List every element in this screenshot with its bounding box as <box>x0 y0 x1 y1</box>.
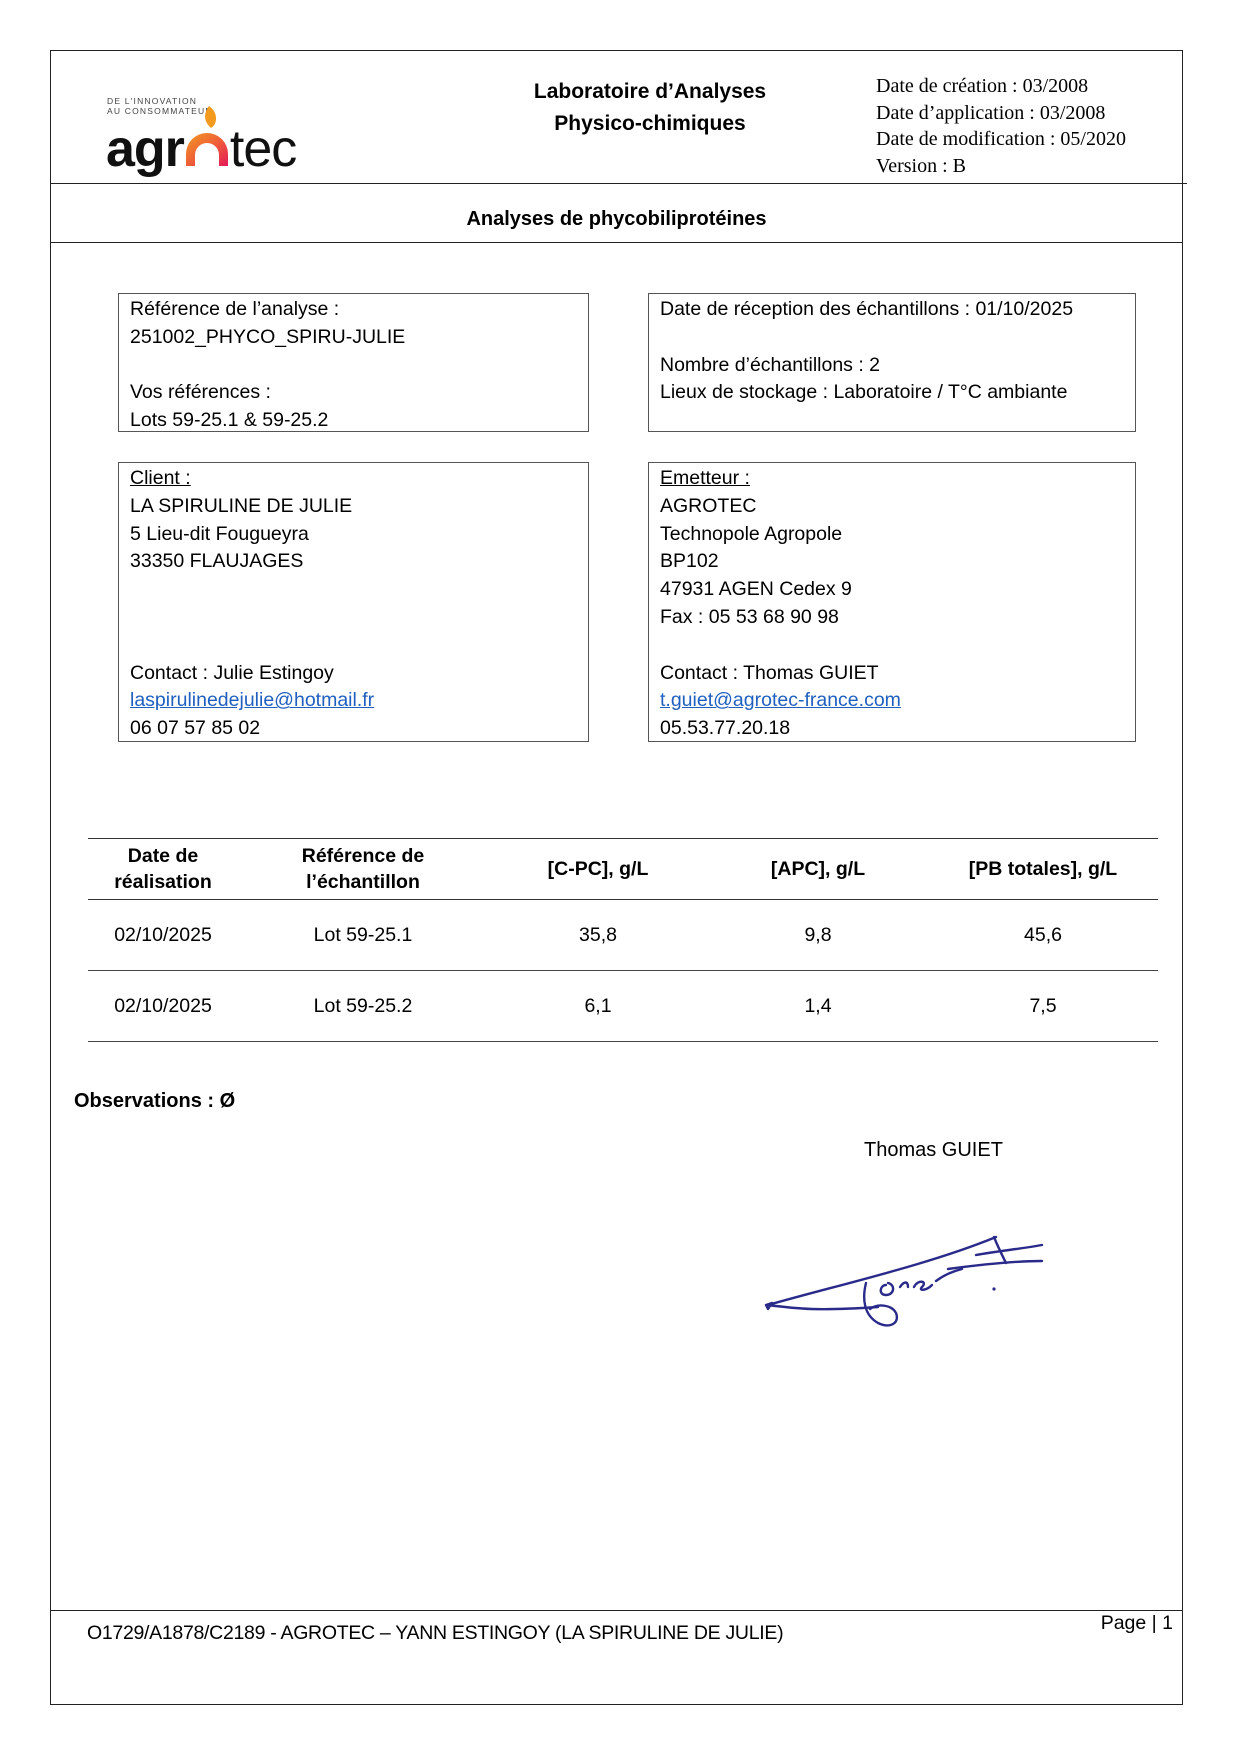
lab-title-line2: Physico-chimiques <box>480 108 820 140</box>
cell-date: 02/10/2025 <box>88 900 238 971</box>
client-address-line1: 5 Lieu-dit Fougueyra <box>130 521 588 549</box>
client-email-link[interactable]: laspirulinedejulie@hotmail.fr <box>130 689 374 711</box>
document-metadata: Date de création : 03/2008 Date d’applic… <box>876 73 1126 179</box>
cell-sample-ref: Lot 59-25.1 <box>238 900 488 971</box>
analysis-reference-label: Référence de l’analyse : <box>130 296 588 324</box>
document-title: Analyses de phycobiliprotéines <box>50 208 1183 231</box>
modification-date: Date de modification : 05/2020 <box>876 126 1126 153</box>
spacer <box>130 352 588 380</box>
header-divider <box>50 183 1187 184</box>
handwritten-signature-icon <box>758 1225 1058 1345</box>
version: Version : B <box>876 153 1126 180</box>
analysis-reference-box: Référence de l’analyse : 251002_PHYCO_SP… <box>118 293 589 432</box>
logo-word-agr: agr <box>106 120 184 178</box>
header-pb-total: [PB totales], g/L <box>928 839 1158 900</box>
issuer-email-link[interactable]: t.guiet@agrotec-france.com <box>660 689 901 711</box>
header-apc: [APC], g/L <box>708 839 928 900</box>
spacer <box>130 576 588 604</box>
header-date-line1: Date de <box>88 843 238 869</box>
client-phone: 06 07 57 85 02 <box>130 715 588 743</box>
issuer-heading: Emetteur : <box>660 465 1135 493</box>
issuer-box: Emetteur : AGROTEC Technopole Agropole B… <box>648 462 1136 742</box>
header-ref-line2: l’échantillon <box>238 869 488 895</box>
your-references-label: Vos références : <box>130 379 588 407</box>
cell-apc: 9,8 <box>708 900 928 971</box>
signatory-name: Thomas GUIET <box>864 1139 1003 1162</box>
header-ref-line1: Référence de <box>238 843 488 869</box>
reception-box: Date de réception des échantillons : 01/… <box>648 293 1136 432</box>
header-date: Date de réalisation <box>88 839 238 900</box>
storage-location: Lieux de stockage : Laboratoire / T°C am… <box>660 379 1135 407</box>
spacer <box>660 324 1135 352</box>
issuer-address-line1: Technopole Agropole <box>660 521 1135 549</box>
footer-divider <box>50 1610 1183 1611</box>
issuer-phone: 05.53.77.20.18 <box>660 715 1135 743</box>
table-row: 02/10/2025 Lot 59-25.2 6,1 1,4 7,5 <box>88 971 1158 1042</box>
client-name: LA SPIRULINE DE JULIE <box>130 493 588 521</box>
observations: Observations : Ø <box>74 1090 235 1113</box>
client-box: Client : LA SPIRULINE DE JULIE 5 Lieu-di… <box>118 462 589 742</box>
spacer <box>130 632 588 660</box>
cell-date: 02/10/2025 <box>88 971 238 1042</box>
logo-wordmark: agr tec <box>106 104 296 177</box>
issuer-fax: Fax : 05 53 68 90 98 <box>660 604 1135 632</box>
application-date: Date d’application : 03/2008 <box>876 100 1126 127</box>
table-header-row: Date de réalisation Référence de l’échan… <box>88 839 1158 900</box>
cell-cpc: 35,8 <box>488 900 708 971</box>
table-row: 02/10/2025 Lot 59-25.1 35,8 9,8 45,6 <box>88 900 1158 971</box>
title-divider <box>50 242 1183 243</box>
logo-word-tec: tec <box>230 120 296 178</box>
cell-cpc: 6,1 <box>488 971 708 1042</box>
issuer-name: AGROTEC <box>660 493 1135 521</box>
reception-date: Date de réception des échantillons : 01/… <box>660 296 1135 324</box>
header-cpc: [C-PC], g/L <box>488 839 708 900</box>
results-table: Date de réalisation Référence de l’échan… <box>88 838 1158 1042</box>
spacer <box>130 604 588 632</box>
footer-reference: O1729/A1878/C2189 - AGROTEC – YANN ESTIN… <box>87 1622 783 1645</box>
client-heading: Client : <box>130 465 588 493</box>
page-number: Page | 1 <box>1101 1612 1173 1635</box>
cell-sample-ref: Lot 59-25.2 <box>238 971 488 1042</box>
client-address-line2: 33350 FLAUJAGES <box>130 548 588 576</box>
your-references-value: Lots 59-25.1 & 59-25.2 <box>130 407 588 435</box>
cell-apc: 1,4 <box>708 971 928 1042</box>
lab-title-line1: Laboratoire d’Analyses <box>480 76 820 108</box>
issuer-address-line3: 47931 AGEN Cedex 9 <box>660 576 1135 604</box>
lab-title: Laboratoire d’Analyses Physico-chimiques <box>480 76 820 140</box>
spacer <box>660 632 1135 660</box>
client-contact: Contact : Julie Estingoy <box>130 660 588 688</box>
analysis-reference-value: 251002_PHYCO_SPIRU-JULIE <box>130 324 588 352</box>
creation-date: Date de création : 03/2008 <box>876 73 1126 100</box>
header-sample-reference: Référence de l’échantillon <box>238 839 488 900</box>
cell-pb-total: 45,6 <box>928 900 1158 971</box>
issuer-contact: Contact : Thomas GUIET <box>660 660 1135 688</box>
logo-apple-arc-icon <box>182 104 232 174</box>
issuer-address-line2: BP102 <box>660 548 1135 576</box>
sample-count: Nombre d’échantillons : 2 <box>660 352 1135 380</box>
header-date-line2: réalisation <box>88 869 238 895</box>
cell-pb-total: 7,5 <box>928 971 1158 1042</box>
